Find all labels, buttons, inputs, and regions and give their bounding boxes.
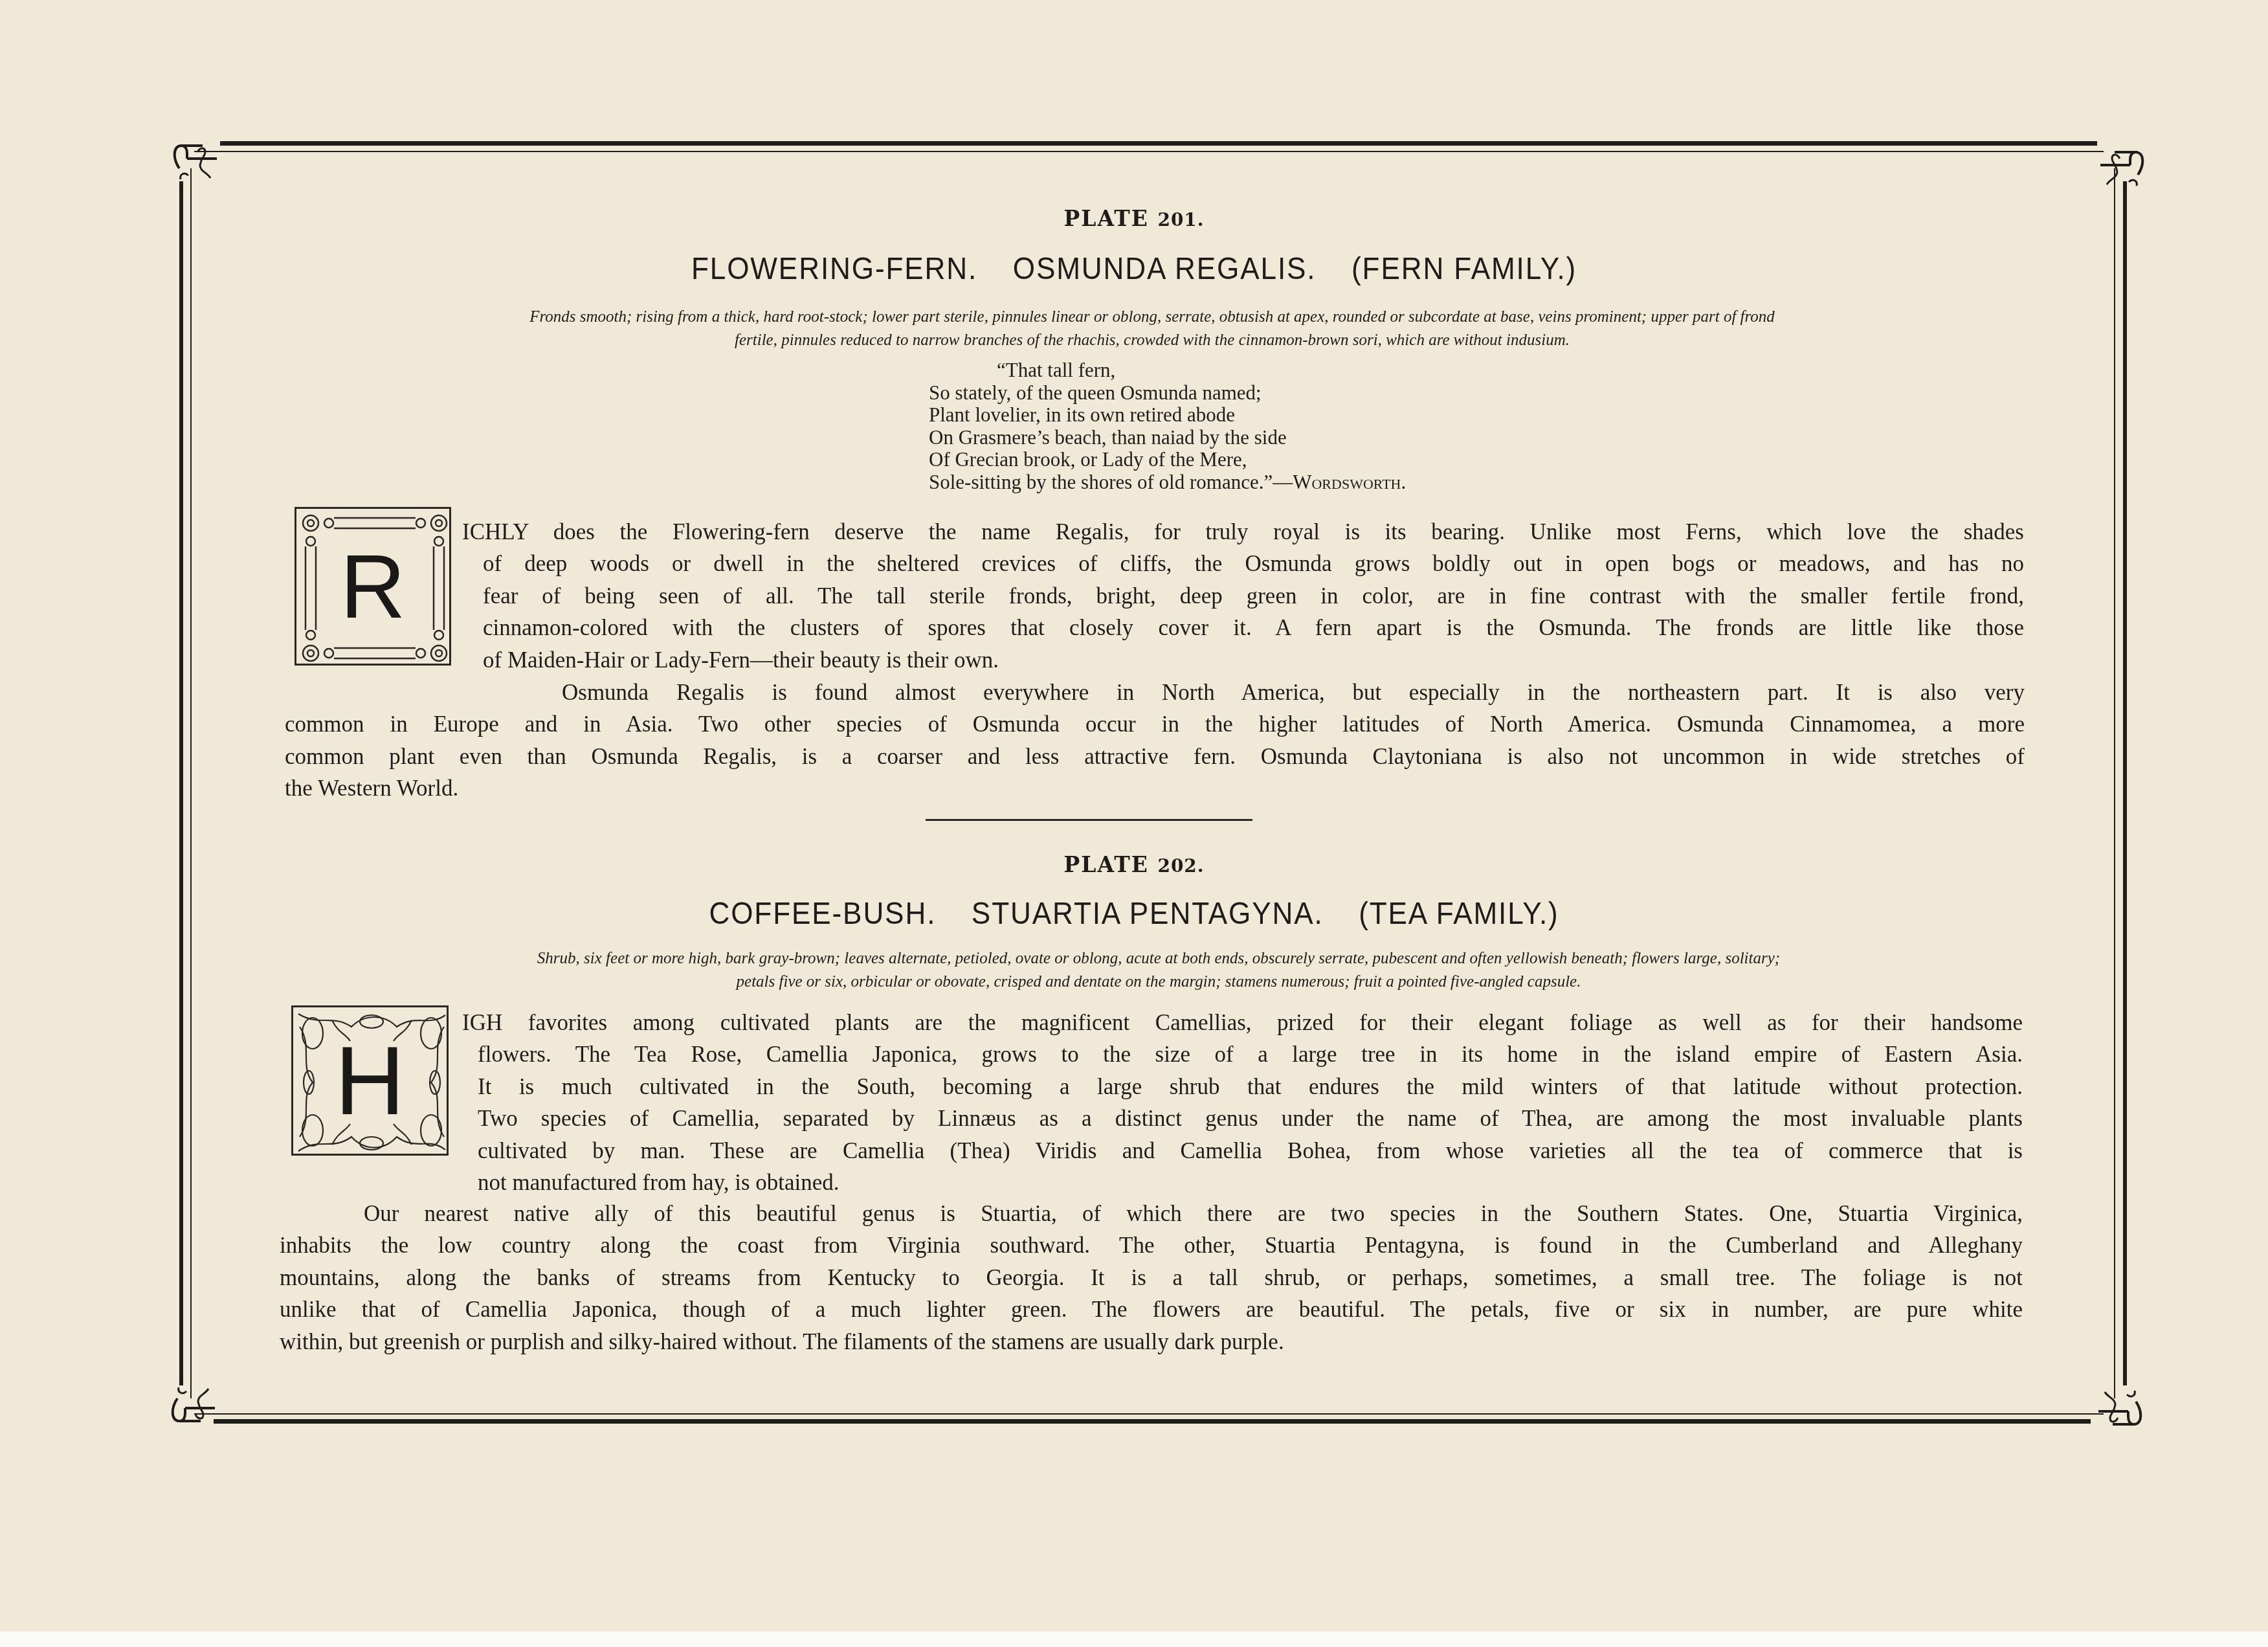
botanical-description: Shrub, six feet or more high, bark gray-…	[324, 947, 1994, 994]
text-line: the Western World.	[285, 772, 2025, 804]
scan-edge	[0, 1631, 2268, 1647]
drop-cap-letter: H	[293, 1032, 447, 1129]
plate-label: PLATE 202.	[0, 852, 2268, 877]
plate-label-text: PLATE	[1063, 852, 1149, 877]
drop-cap-r: R	[295, 507, 451, 666]
text-line: fear of being seen of all. The tall ster…	[483, 580, 2024, 612]
drop-cap-letter: R	[296, 538, 449, 635]
plate-title: FLOWERING-FERN. OSMUNDA REGALIS. (FERN F…	[77, 251, 2191, 287]
description-line: petals five or six, orbicular or obovate…	[324, 970, 1994, 994]
text-line: of deep woods or dwell in the sheltered …	[483, 548, 2024, 579]
frame-left-thick	[179, 181, 183, 1385]
plate-label-text: PLATE	[1063, 206, 1149, 231]
poem-line-text: Sole-sitting by the shores of old romanc…	[929, 471, 1293, 493]
plate-number: 202.	[1157, 855, 1204, 877]
corner-ornament-icon	[172, 133, 230, 191]
text-line: inhabits the low country along the coast…	[280, 1229, 2023, 1261]
text-line: ICHLY does the Flowering-fern deserve th…	[462, 516, 2024, 548]
text-line: of Maiden-Hair or Lady-Fern—their beauty…	[483, 644, 2024, 676]
text-line: within, but greenish or purplish and sil…	[280, 1326, 2023, 1358]
description-line: Fronds smooth; rising from a thick, hard…	[311, 306, 1994, 329]
text-line: Two species of Camellia, separated by Li…	[478, 1103, 2023, 1134]
plate-title: COFFEE-BUSH. STUARTIA PENTAGYNA. (TEA FA…	[77, 896, 2191, 932]
text-line: unlike that of Camellia Japonica, though…	[280, 1294, 2023, 1325]
family-name: (FERN FAMILY.)	[1351, 252, 1577, 286]
text-line: Our nearest native ally of this beautifu…	[364, 1198, 2023, 1229]
text-line: common in Europe and in Asia. Two other …	[285, 708, 2025, 740]
corner-ornament-icon	[170, 1376, 228, 1434]
poem-line: Plant lovelier, in its own retired abode	[929, 404, 1406, 427]
corner-ornament-icon	[2087, 139, 2146, 197]
text-line: mountains, along the banks of streams fr…	[280, 1262, 2023, 1294]
poem-quote: “That tall fern, So stately, of the quee…	[929, 359, 1406, 493]
frame-right-thick	[2123, 181, 2127, 1385]
text-line: not manufactured from hay, is obtained.	[478, 1167, 2023, 1198]
latin-name: OSMUNDA REGALIS.	[1013, 252, 1317, 286]
plate-number: 201.	[1157, 209, 1204, 230]
text-line: common plant even than Osmunda Regalis, …	[285, 741, 2025, 772]
text-line: It is much cultivated in the South, beco…	[478, 1071, 2023, 1103]
botanical-description: Fronds smooth; rising from a thick, hard…	[311, 306, 1994, 352]
frame-right-thin	[2114, 168, 2115, 1398]
poem-line: On Grasmere’s beach, than naiad by the s…	[929, 427, 1406, 449]
text-line: Osmunda Regalis is found almost everywhe…	[562, 677, 2025, 708]
latin-name: STUARTIA PENTAGYNA.	[972, 897, 1324, 931]
frame-top-thick	[220, 141, 2097, 146]
frame-bottom-thick	[214, 1419, 2091, 1424]
corner-ornament-icon	[2085, 1379, 2144, 1437]
text-line: IGH favorites among cultivated plants ar…	[462, 1007, 2023, 1038]
poem-attribution: Wordsworth.	[1293, 471, 1406, 493]
poem-line: So stately, of the queen Osmunda named;	[929, 382, 1406, 405]
common-name: COFFEE-BUSH.	[709, 897, 936, 931]
frame-bottom-thin	[194, 1413, 2104, 1415]
text-line: cultivated by man. These are Camellia (T…	[478, 1135, 2023, 1167]
text-line: cinnamon-colored with the clusters of sp…	[483, 612, 2024, 644]
paragraph-1: IGH favorites among cultivated plants ar…	[465, 1007, 2023, 1198]
paragraph-2: Our nearest native ally of this beautifu…	[280, 1198, 2023, 1358]
poem-line: Of Grecian brook, or Lady of the Mere,	[929, 449, 1406, 471]
frame-left-thin	[190, 168, 192, 1398]
family-name: (TEA FAMILY.)	[1359, 897, 1559, 931]
common-name: FLOWERING-FERN.	[691, 252, 977, 286]
poem-line: “That tall fern,	[929, 359, 1406, 382]
paragraph-1: ICHLY does the Flowering-fern deserve th…	[467, 516, 2024, 676]
description-line: Shrub, six feet or more high, bark gray-…	[324, 947, 1994, 970]
frame-top-thin	[194, 151, 2104, 152]
plate-label: PLATE 201.	[0, 206, 2268, 231]
section-divider	[926, 819, 1252, 821]
poem-line: Sole-sitting by the shores of old romanc…	[929, 471, 1406, 494]
paragraph-2: Osmunda Regalis is found almost everywhe…	[285, 677, 2025, 805]
description-line: fertile, pinnules reduced to narrow bran…	[311, 329, 1994, 352]
drop-cap-h: H	[291, 1005, 449, 1156]
text-line: flowers. The Tea Rose, Camellia Japonica…	[478, 1038, 2023, 1070]
